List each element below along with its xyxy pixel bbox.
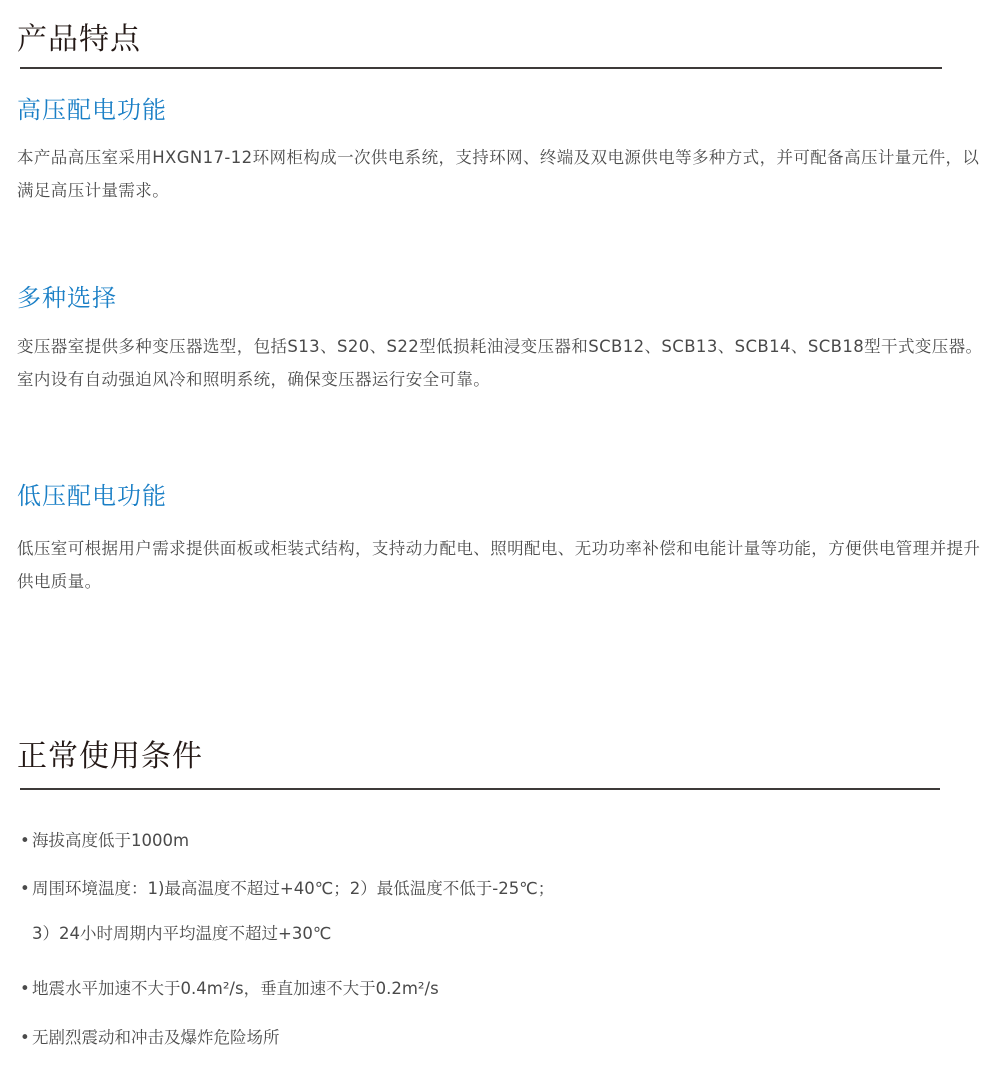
conditions-divider	[20, 788, 940, 790]
condition-altitude: •海拔高度低于1000m	[20, 829, 189, 853]
feature-heading-hv: 高压配电功能	[17, 94, 167, 126]
feature-heading-options: 多种选择	[17, 282, 117, 314]
condition-temperature-cont: 3）24小时周期内平均温度不超过+30℃	[20, 922, 331, 946]
bullet-icon: •	[20, 1026, 32, 1050]
feature-text-hv: 本产品高压室采用HXGN17-12环网柜构成一次供电系统，支持环网、终端及双电源…	[17, 141, 987, 207]
bullet-icon: •	[20, 977, 32, 1001]
features-title: 产品特点	[17, 20, 141, 60]
bullet-icon: •	[20, 829, 32, 853]
condition-text: 海拔高度低于1000m	[32, 831, 189, 850]
feature-text-lv: 低压室可根据用户需求提供面板或柜装式结构，支持动力配电、照明配电、无功功率补偿和…	[17, 532, 987, 598]
condition-text: 无剧烈震动和冲击及爆炸危险场所	[32, 1028, 280, 1047]
condition-temperature: •周围环境温度：1)最高温度不超过+40℃；2）最低温度不低于-25℃；	[20, 877, 554, 901]
feature-text-options: 变压器室提供多种变压器选型，包括S13、S20、S22型低损耗油浸变压器和SCB…	[17, 330, 987, 396]
condition-seismic: •地震水平加速不大于0.4m²/s，垂直加速不大于0.2m²/s	[20, 977, 439, 1001]
condition-text: 地震水平加速不大于0.4m²/s，垂直加速不大于0.2m²/s	[32, 979, 439, 998]
condition-text: 3）24小时周期内平均温度不超过+30℃	[32, 924, 331, 943]
bullet-icon: •	[20, 877, 32, 901]
feature-heading-lv: 低压配电功能	[17, 480, 167, 512]
condition-hazard: •无剧烈震动和冲击及爆炸危险场所	[20, 1026, 280, 1050]
features-divider	[20, 67, 942, 69]
condition-text: 周围环境温度：1)最高温度不超过+40℃；2）最低温度不低于-25℃；	[32, 879, 554, 898]
conditions-title: 正常使用条件	[17, 737, 203, 777]
